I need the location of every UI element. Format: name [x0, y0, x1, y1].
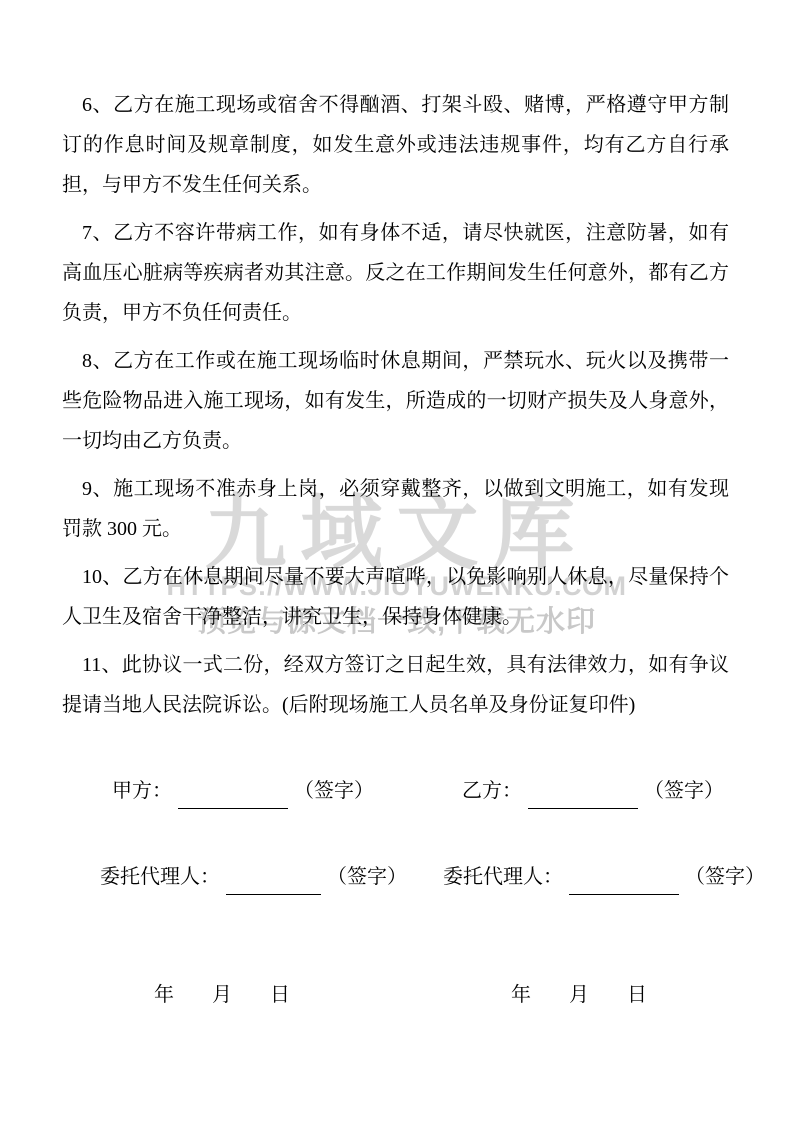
- clause-11: 11、此协议一式二份，经双方签订之日起生效，具有法律效力，如有争议提请当地人民法…: [62, 645, 729, 725]
- party-b-signature-line: [528, 783, 638, 809]
- agent-right-signature-group: 委托代理人： （签字）: [443, 857, 765, 897]
- clause-8: 8、乙方在工作或在施工现场临时休息期间，严禁玩水、玩火以及携带一些危险物品进入施…: [62, 341, 729, 461]
- agent-right-sign-note: （签字）: [685, 857, 765, 897]
- agent-left-label: 委托代理人：: [100, 857, 220, 897]
- agent-left-signature-group: 委托代理人： （签字）: [100, 857, 407, 897]
- signature-row-parties: 甲方： （签字） 乙方： （签字）: [62, 771, 729, 811]
- agent-left-signature-line: [226, 869, 321, 895]
- agent-right-signature-line: [569, 869, 679, 895]
- party-b-sign-note: （签字）: [644, 771, 724, 811]
- signature-row-agents: 委托代理人： （签字） 委托代理人： （签字）: [62, 857, 729, 897]
- party-a-label: 甲方：: [112, 771, 172, 811]
- party-a-signature-group: 甲方： （签字）: [112, 771, 374, 811]
- agent-left-sign-note: （签字）: [327, 857, 407, 897]
- clause-7: 7、乙方不容许带病工作，如有身体不适，请尽快就医，注意防暑，如有高血压心脏病等疾…: [62, 213, 729, 333]
- date-row: 年 月 日 年 月 日: [62, 975, 729, 1015]
- party-b-signature-group: 乙方： （签字）: [462, 771, 724, 811]
- party-b-label: 乙方：: [462, 771, 522, 811]
- agent-right-label: 委托代理人：: [443, 857, 563, 897]
- date-right: 年 月 日: [511, 975, 656, 1015]
- clause-6: 6、乙方在施工现场或宿舍不得酗酒、打架斗殴、赌博，严格遵守甲方制订的作息时间及规…: [62, 85, 729, 205]
- party-a-signature-line: [178, 783, 288, 809]
- clause-9: 9、施工现场不准赤身上岗，必须穿戴整齐，以做到文明施工，如有发现罚款 300 元…: [62, 469, 729, 549]
- clause-10: 10、乙方在休息期间尽量不要大声喧哗，以免影响别人休息，尽量保持个人卫生及宿舍干…: [62, 557, 729, 637]
- document-body: 6、乙方在施工现场或宿舍不得酗酒、打架斗殴、赌博，严格遵守甲方制订的作息时间及规…: [0, 0, 793, 1015]
- document-page: 九域文库 HTTPS://WWW.JIUYUWENKU.COM 预览与源文档一致…: [0, 0, 793, 1122]
- party-a-sign-note: （签字）: [294, 771, 374, 811]
- date-left: 年 月 日: [154, 975, 299, 1015]
